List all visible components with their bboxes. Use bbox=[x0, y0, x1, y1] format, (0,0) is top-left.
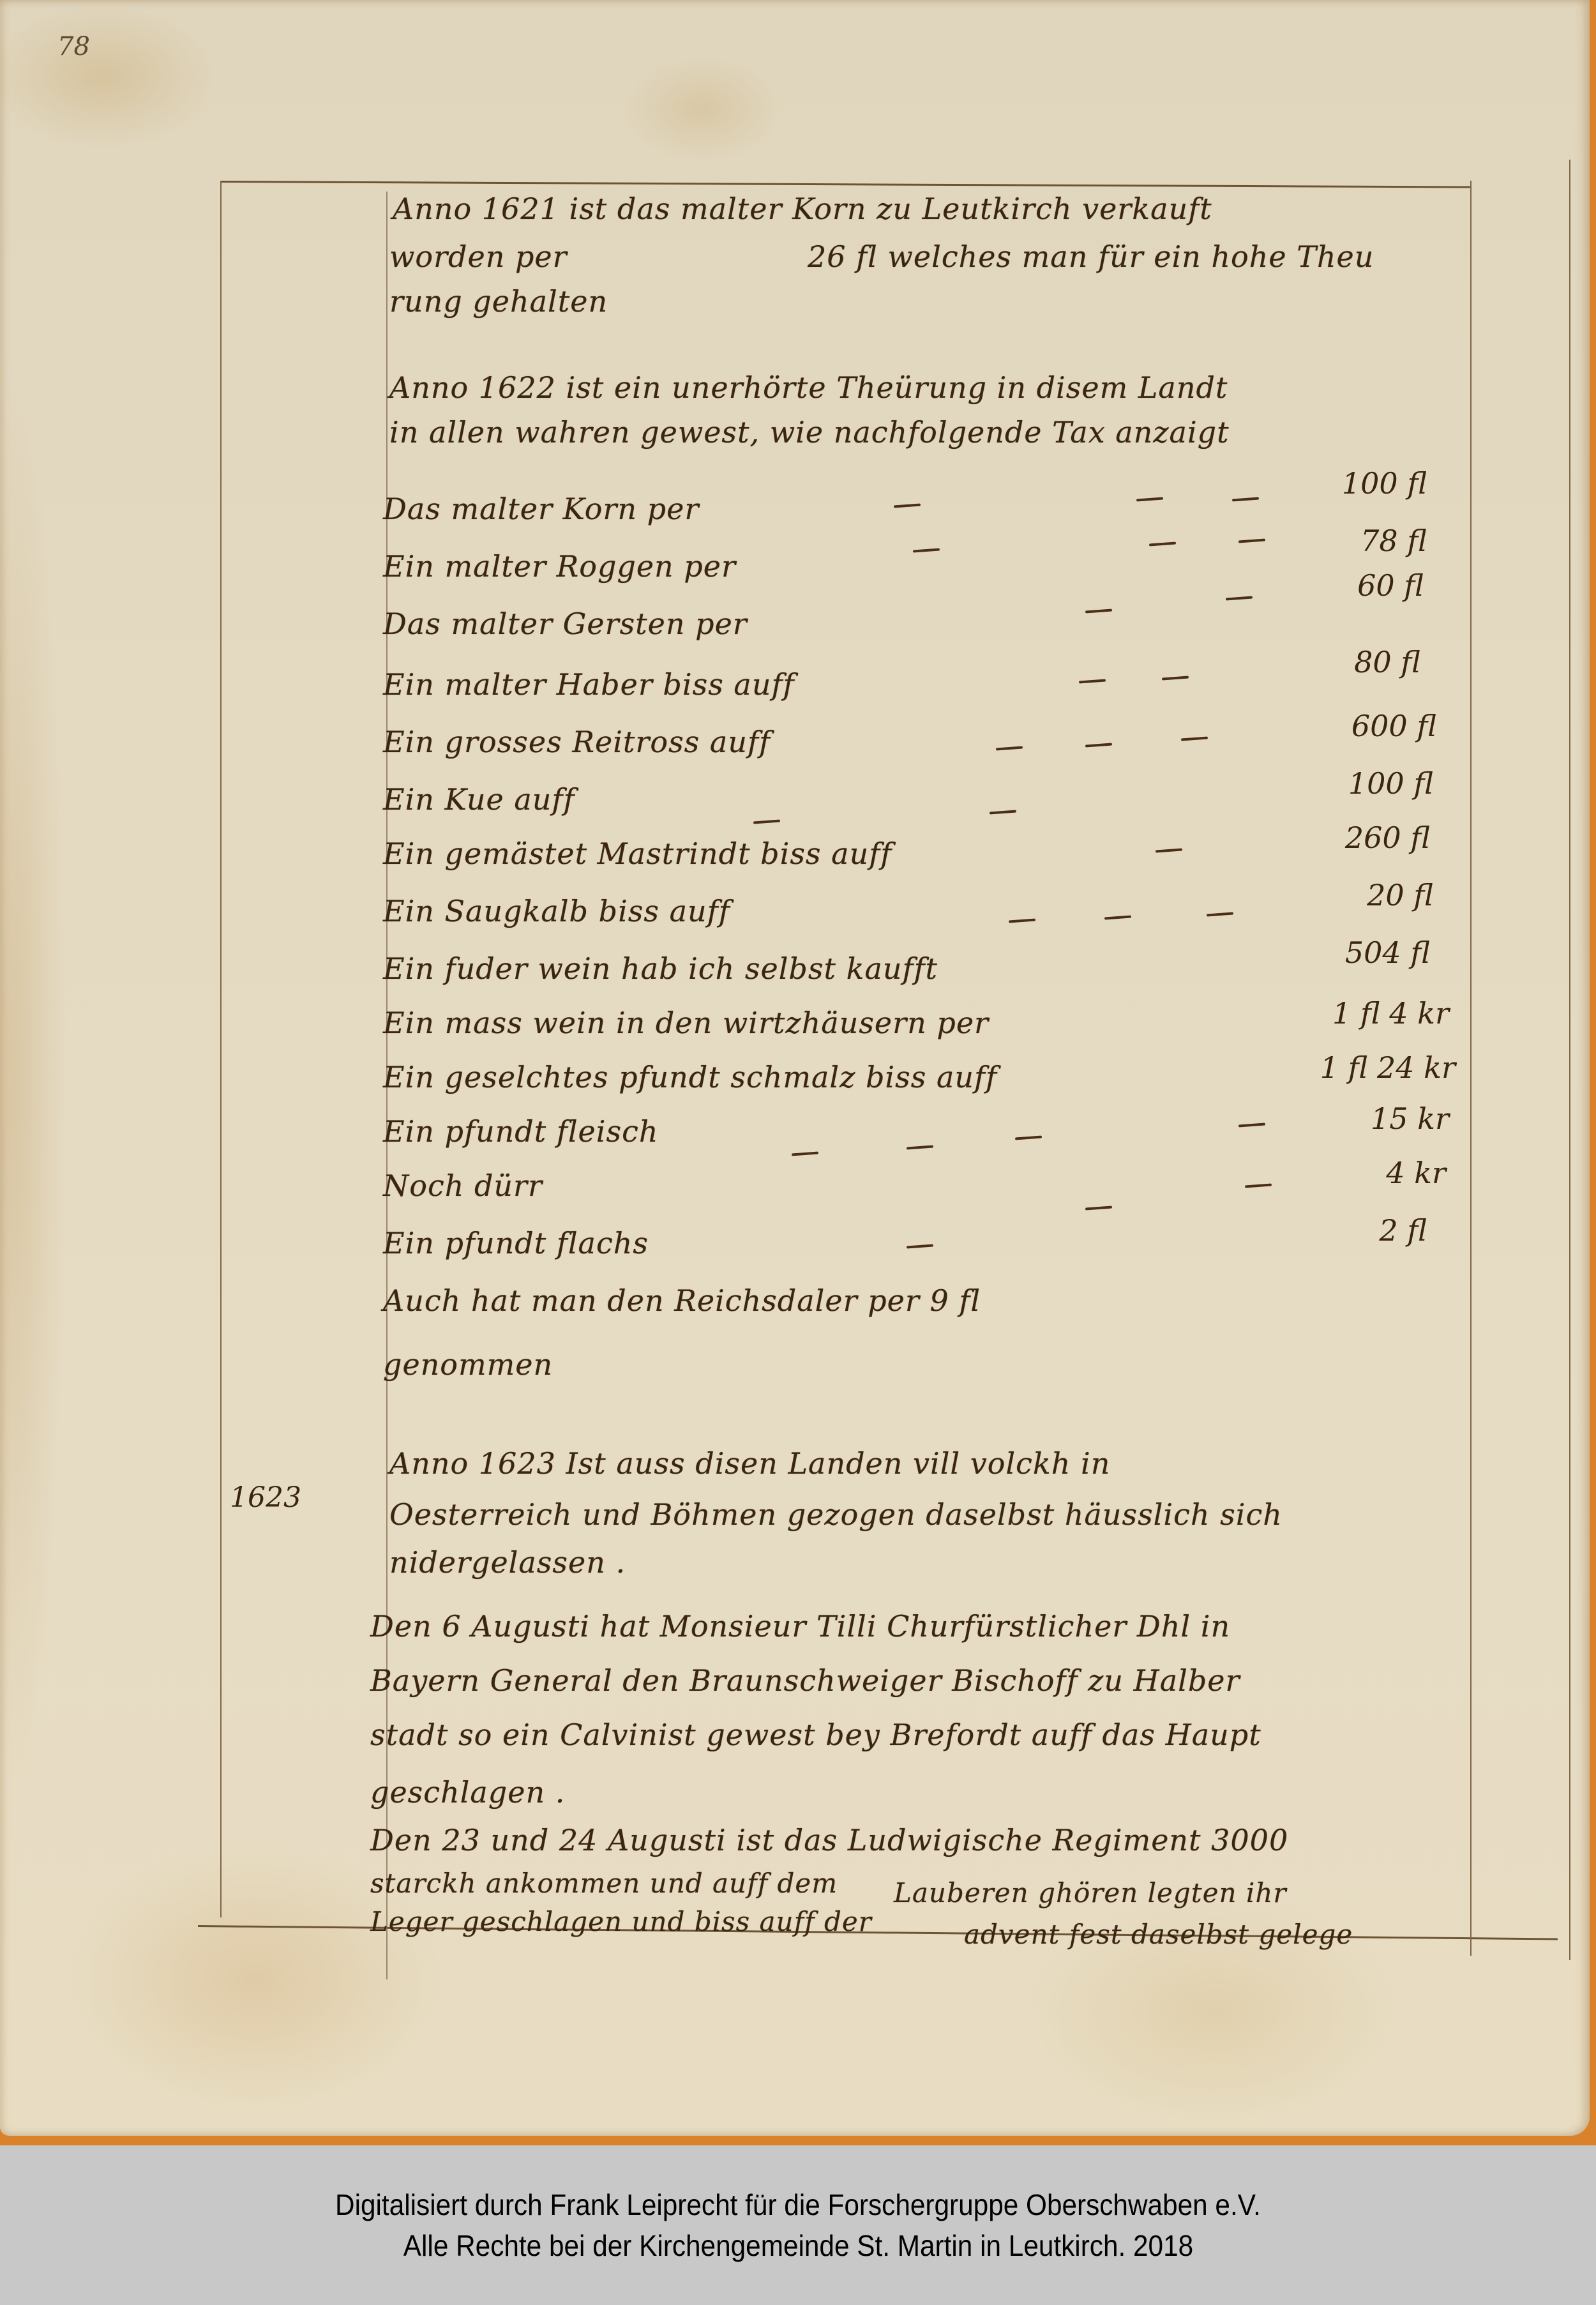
entry-1623-line9b: Lauberen ghören legten ihr bbox=[894, 1877, 1286, 1908]
filler-dash bbox=[753, 820, 780, 824]
filler-dash bbox=[990, 810, 1016, 815]
entry-1623-line9: starckh ankommen und auff dem bbox=[370, 1868, 838, 1899]
price-item: Das malter Gersten per bbox=[383, 607, 748, 641]
filler-dash bbox=[1085, 609, 1112, 614]
filler-dash bbox=[1149, 542, 1176, 547]
caption-rights-notice: Alle Rechte bei der Kirchengemeinde St. … bbox=[403, 2225, 1193, 2266]
price-value: 2 fl bbox=[1274, 1213, 1427, 1248]
filler-dash bbox=[996, 746, 1023, 751]
page-number: 78 bbox=[57, 32, 90, 61]
entry-1623-line1: Anno 1623 Ist auss disen Landen vill vol… bbox=[389, 1446, 1110, 1481]
filler-dash bbox=[1079, 679, 1106, 684]
price-item: Ein pfundt fleisch bbox=[383, 1114, 658, 1149]
filler-dash bbox=[1085, 1206, 1112, 1211]
ruled-frame-left bbox=[220, 181, 222, 1917]
price-item: Ein gemästet Mastrindt biss auff bbox=[383, 836, 892, 871]
filler-dash bbox=[1015, 1136, 1042, 1140]
filler-dash bbox=[1238, 1123, 1265, 1128]
price-value: 1 fl 4 kr bbox=[1296, 996, 1449, 1031]
price-value: 20 fl bbox=[1280, 878, 1433, 912]
price-note: Auch hat man den Reichsdaler per 9 fl bbox=[383, 1283, 981, 1318]
price-value: 100 fl bbox=[1274, 466, 1427, 501]
entry-1623-line7: geschlagen . bbox=[370, 1775, 565, 1810]
ruled-frame-top bbox=[220, 181, 1472, 188]
price-value: 600 fl bbox=[1283, 709, 1436, 743]
price-item: Ein pfundt flachs bbox=[383, 1226, 649, 1260]
ruled-frame-far-right bbox=[1569, 160, 1570, 1960]
filler-dash bbox=[1226, 596, 1253, 601]
copyright-caption: Digitalisiert durch Frank Leiprecht für … bbox=[0, 2145, 1596, 2305]
filler-dash bbox=[1104, 916, 1131, 920]
entry-1623-line10: Leger geschlagen und biss auff der bbox=[370, 1906, 872, 1937]
filler-dash bbox=[1245, 1184, 1272, 1188]
filler-dash bbox=[1156, 849, 1182, 853]
price-value: 60 fl bbox=[1270, 568, 1424, 603]
filler-dash bbox=[1162, 676, 1189, 681]
price-value: 78 fl bbox=[1274, 524, 1427, 558]
margin-year-note: 1623 bbox=[230, 1481, 301, 1514]
entry-1621-line2: worden per bbox=[389, 239, 568, 274]
entry-1621-line3: rung gehalten bbox=[389, 284, 608, 319]
filler-dash bbox=[913, 548, 940, 553]
price-value: 504 fl bbox=[1277, 935, 1430, 970]
price-value: 4 kr bbox=[1293, 1156, 1446, 1190]
entry-1621-line2b: 26 fl welches man für ein hohe Theu bbox=[808, 239, 1374, 274]
price-item: Ein geselchtes pfundt schmalz biss auff bbox=[383, 1060, 997, 1094]
manuscript-page: 78 Anno 1621 ist das malter Korn zu Leut… bbox=[0, 0, 1590, 2136]
filler-dash bbox=[907, 1145, 933, 1150]
price-value: 260 fl bbox=[1277, 820, 1430, 855]
manuscript-scan: 78 Anno 1621 ist das malter Korn zu Leut… bbox=[0, 0, 1596, 2145]
price-item: Das malter Korn per bbox=[383, 492, 699, 526]
entry-1622-line1: Anno 1622 ist ein unerhörte Theürung in … bbox=[389, 370, 1228, 405]
filler-dash bbox=[907, 1244, 933, 1249]
entry-1623-line10b: advent fest daselbst gelege bbox=[964, 1919, 1353, 1950]
price-value: 15 kr bbox=[1296, 1101, 1449, 1136]
filler-dash bbox=[1238, 539, 1265, 543]
entry-1623-line5: Bayern General den Braunschweiger Bischo… bbox=[370, 1663, 1240, 1698]
price-item: Ein grosses Reitross auff bbox=[383, 725, 771, 759]
filler-dash bbox=[792, 1152, 818, 1156]
filler-dash bbox=[1136, 497, 1163, 502]
price-item: Ein Kue auff bbox=[383, 782, 575, 817]
price-item: Noch dürr bbox=[383, 1168, 543, 1203]
price-item: Ein malter Roggen per bbox=[383, 549, 736, 584]
price-value: 80 fl bbox=[1267, 645, 1420, 679]
entry-1623-line8: Den 23 und 24 Augusti ist das Ludwigisch… bbox=[370, 1823, 1288, 1857]
entry-1622-line2: in allen wahren gewest, wie nachfolgende… bbox=[389, 415, 1230, 450]
caption-digitization-credit: Digitalisiert durch Frank Leiprecht für … bbox=[335, 2184, 1261, 2225]
price-item: Ein fuder wein hab ich selbst kaufft bbox=[383, 951, 938, 986]
filler-dash bbox=[894, 504, 921, 508]
ruled-frame-right bbox=[1470, 181, 1472, 1956]
price-value: 1 fl 24 kr bbox=[1302, 1050, 1456, 1085]
price-value: 100 fl bbox=[1280, 766, 1433, 801]
filler-dash bbox=[1181, 737, 1208, 741]
entry-1623-line4: Den 6 Augusti hat Monsieur Tilli Churfür… bbox=[370, 1609, 1230, 1644]
entry-1623-line6: stadt so ein Calvinist gewest bey Brefor… bbox=[370, 1718, 1261, 1752]
price-note-cont: genommen bbox=[383, 1347, 553, 1382]
entry-1621-line1: Anno 1621 ist das malter Korn zu Leutkir… bbox=[393, 192, 1212, 226]
price-item: Ein Saugkalb biss auff bbox=[383, 894, 730, 928]
price-item: Ein malter Haber biss auff bbox=[383, 667, 795, 702]
filler-dash bbox=[1207, 912, 1233, 917]
filler-dash bbox=[1085, 743, 1112, 748]
entry-1623-line3: nidergelassen . bbox=[389, 1545, 626, 1580]
entry-1623-line2: Oesterreich und Böhmen gezogen daselbst … bbox=[389, 1497, 1283, 1532]
filler-dash bbox=[1009, 919, 1035, 923]
filler-dash bbox=[1232, 497, 1259, 502]
price-item: Ein mass wein in den wirtzhäusern per bbox=[383, 1006, 989, 1040]
